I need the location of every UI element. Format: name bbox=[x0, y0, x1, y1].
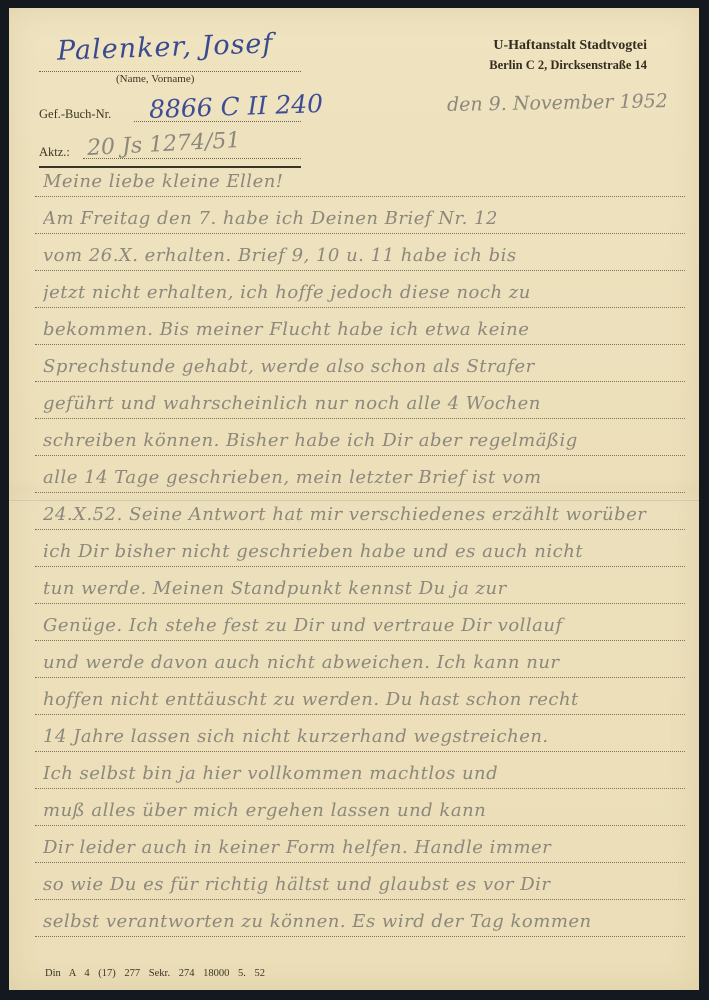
ruled-line bbox=[35, 381, 685, 382]
ruled-line bbox=[35, 603, 685, 604]
ruled-line bbox=[35, 455, 685, 456]
ruled-line bbox=[35, 566, 685, 567]
body-line: schreiben können. Bisher habe ich Dir ab… bbox=[43, 430, 683, 451]
file-reference-label: Aktz.: bbox=[39, 145, 70, 160]
ruled-line bbox=[35, 788, 685, 789]
ruled-line bbox=[35, 307, 685, 308]
letter-date-handwritten: den 9. November 1952 bbox=[447, 90, 668, 116]
body-line: selbst verantworten zu können. Es wird d… bbox=[43, 911, 683, 932]
ruled-line bbox=[35, 196, 685, 197]
ruled-line bbox=[35, 270, 685, 271]
body-line: alle 14 Tage geschrieben, mein letzter B… bbox=[43, 467, 683, 488]
ruled-line bbox=[35, 751, 685, 752]
prisoner-name-handwritten: Palenker, Josef bbox=[57, 28, 274, 67]
form-print-footer: Din A 4 (17) 277 Sekr. 274 18000 5. 52 bbox=[45, 968, 265, 979]
ruled-line bbox=[35, 529, 685, 530]
body-line: hoffen nicht enttäuscht zu werden. Du ha… bbox=[43, 689, 683, 710]
body-line: ich Dir bisher nicht geschrieben habe un… bbox=[43, 541, 683, 562]
body-line: 24.X.52. Seine Antwort hat mir verschied… bbox=[43, 504, 683, 525]
body-line: Ich selbst bin ja hier vollkommen machtl… bbox=[43, 763, 683, 784]
body-line: 14 Jahre lassen sich nicht kurzerhand we… bbox=[43, 726, 683, 747]
body-line: Dir leider auch in keiner Form helfen. H… bbox=[43, 837, 683, 858]
body-line: vom 26.X. erhalten. Brief 9, 10 u. 11 ha… bbox=[43, 245, 683, 266]
ruled-line bbox=[35, 862, 685, 863]
book-number-label: Gef.-Buch-Nr. bbox=[39, 107, 111, 122]
body-line: bekommen. Bis meiner Flucht habe ich etw… bbox=[43, 319, 683, 340]
ruled-line bbox=[35, 714, 685, 715]
body-line: so wie Du es für richtig hältst und glau… bbox=[43, 874, 683, 895]
body-line: Sprechstunde gehabt, werde also schon al… bbox=[43, 356, 683, 377]
body-line: muß alles über mich ergehen lassen und k… bbox=[43, 800, 683, 821]
body-line: Am Freitag den 7. habe ich Deinen Brief … bbox=[43, 208, 683, 229]
ruled-line bbox=[35, 492, 685, 493]
body-line: tun werde. Meinen Standpunkt kennst Du j… bbox=[43, 578, 683, 599]
book-number-handwritten: 8866 C II 240 bbox=[149, 89, 324, 124]
name-caption: (Name, Vorname) bbox=[116, 73, 194, 85]
ruled-line bbox=[35, 677, 685, 678]
ruled-line bbox=[35, 344, 685, 345]
body-line: und werde davon auch nicht abweichen. Ic… bbox=[43, 652, 683, 673]
letter-sheet: Palenker, Josef (Name, Vorname) Gef.-Buc… bbox=[9, 8, 699, 990]
ruled-line bbox=[35, 899, 685, 900]
paper-fold-crease bbox=[9, 500, 699, 502]
body-line: geführt und wahrscheinlich nur noch alle… bbox=[43, 393, 683, 414]
ruled-line bbox=[35, 936, 685, 937]
header-divider-line bbox=[39, 166, 301, 168]
name-dotted-line bbox=[39, 71, 301, 72]
body-line: Genüge. Ich stehe fest zu Dir und vertra… bbox=[43, 615, 683, 636]
ruled-line bbox=[35, 640, 685, 641]
ruled-line bbox=[35, 233, 685, 234]
body-line: jetzt nicht erhalten, ich hoffe jedoch d… bbox=[43, 282, 683, 303]
salutation: Meine liebe kleine Ellen! bbox=[43, 171, 683, 192]
ruled-line bbox=[35, 825, 685, 826]
institution-address: Berlin C 2, Dircksenstraße 14 bbox=[489, 58, 647, 73]
ruled-line bbox=[35, 418, 685, 419]
institution-name: U-Haftanstalt Stadtvogtei bbox=[493, 38, 647, 54]
file-reference-handwritten: 20 Js 1274/51 bbox=[86, 128, 241, 161]
